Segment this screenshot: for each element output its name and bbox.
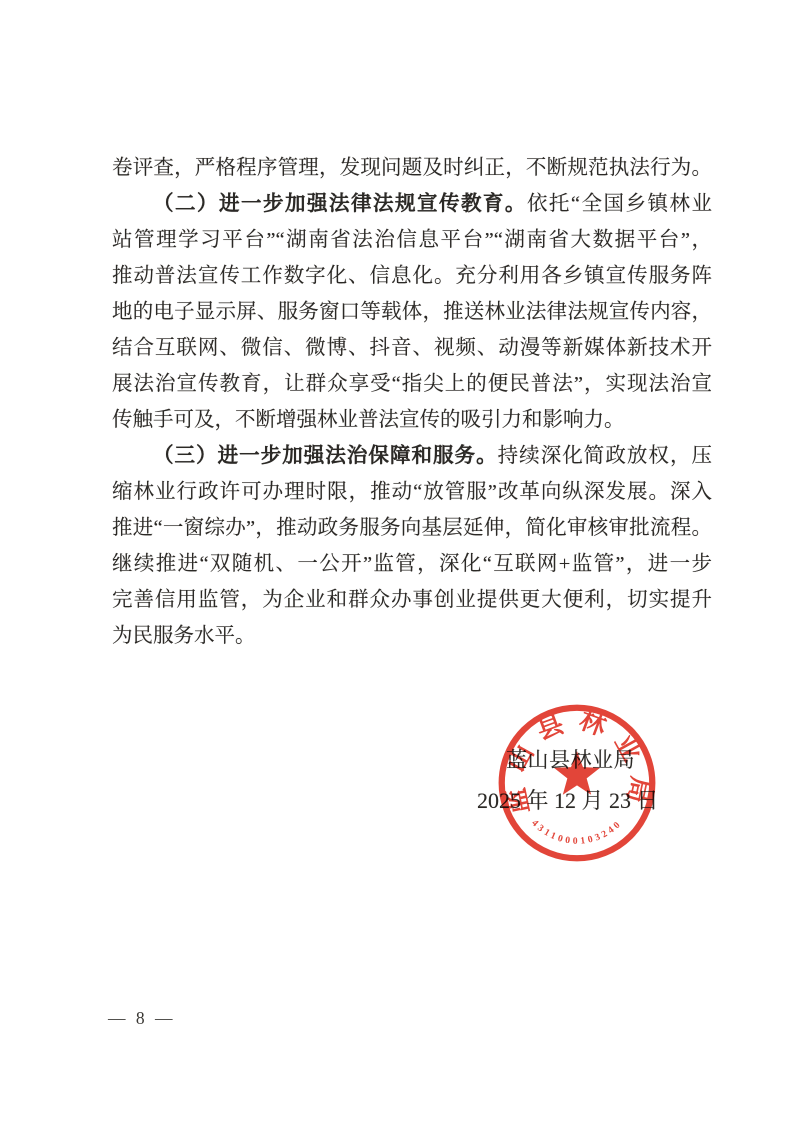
text-line: 结合互联网、微信、微博、抖音、视频、动漫等新媒体新技术开 <box>112 330 712 366</box>
seal-code: 4311000103240 <box>529 818 624 847</box>
text-line: 传触手可及，不断增强林业普法宣传的吸引力和影响力。 <box>112 402 712 438</box>
text-line: 推进“一窗综办”，推动政务服务向基层延伸，简化审核审批流程。 <box>112 510 712 546</box>
text-run: 推进“一窗综办”，推动政务服务向基层延伸，简化审核审批流程。 <box>112 517 712 539</box>
text-line: 完善信用监管，为企业和群众办事创业提供更大便利，切实提升 <box>112 582 712 618</box>
text-run: 继续推进“双随机、一公开”监管，深化“互联网+监管”，进一步 <box>112 553 712 575</box>
text-line: 地的电子显示屏、服务窗口等载体，推送林业法律法规宣传内容， <box>112 294 712 330</box>
document-body: 卷评查，严格程序管理，发现问题及时纠正，不断规范执法行为。（二）进一步加强法律法… <box>112 150 712 654</box>
text-line: 卷评查，严格程序管理，发现问题及时纠正，不断规范执法行为。 <box>112 150 712 186</box>
text-line: （三）进一步加强法治保障和服务。持续深化简政放权，压 <box>112 438 712 474</box>
text-line: 为民服务水平。 <box>112 618 712 654</box>
text-run: 传触手可及，不断增强林业普法宣传的吸引力和影响力。 <box>112 409 625 431</box>
text-run: 为民服务水平。 <box>112 625 256 647</box>
text-run: 站管理学习平台”“湖南省法治信息平台”“湖南省大数据平台”， <box>112 229 712 251</box>
heading-run: （三）进一步加强法治保障和服务。 <box>153 445 498 467</box>
text-line: 缩林业行政许可办理时限，推动“放管服”改革向纵深发展。深入 <box>112 474 712 510</box>
text-run: 展法治宣传教育，让群众享受“指尖上的便民普法”，实现法治宣 <box>112 373 712 395</box>
text-line: （二）进一步加强法律法规宣传教育。依托“全国乡镇林业 <box>112 186 712 222</box>
text-run: 卷评查，严格程序管理，发现问题及时纠正，不断规范执法行为。 <box>112 157 712 179</box>
text-run: 结合互联网、微信、微博、抖音、视频、动漫等新媒体新技术开 <box>112 337 712 359</box>
text-line: 展法治宣传教育，让群众享受“指尖上的便民普法”，实现法治宣 <box>112 366 712 402</box>
text-line: 推动普法宣传工作数字化、信息化。充分利用各乡镇宣传服务阵 <box>112 258 712 294</box>
text-run: 地的电子显示屏、服务窗口等载体，推送林业法律法规宣传内容， <box>112 301 712 323</box>
text-run: 完善信用监管，为企业和群众办事创业提供更大便利，切实提升 <box>112 589 712 611</box>
page-number: — 8 — <box>108 1008 176 1029</box>
text-line: 站管理学习平台”“湖南省法治信息平台”“湖南省大数据平台”， <box>112 222 712 258</box>
text-line: 继续推进“双随机、一公开”监管，深化“互联网+监管”，进一步 <box>112 546 712 582</box>
star-icon <box>554 751 600 795</box>
text-run: 缩林业行政许可办理时限，推动“放管服”改革向纵深发展。深入 <box>112 481 712 503</box>
text-run: 推动普法宣传工作数字化、信息化。充分利用各乡镇宣传服务阵 <box>112 265 712 287</box>
text-run: 依托“全国乡镇林业 <box>527 193 712 215</box>
heading-run: （二）进一步加强法律法规宣传教育。 <box>153 193 527 215</box>
text-run: 持续深化简政放权，压 <box>498 445 712 467</box>
official-seal: 蓝山县林业局 4311000103240 <box>494 700 660 866</box>
document-page: 卷评查，严格程序管理，发现问题及时纠正，不断规范执法行为。（二）进一步加强法律法… <box>0 0 793 1121</box>
